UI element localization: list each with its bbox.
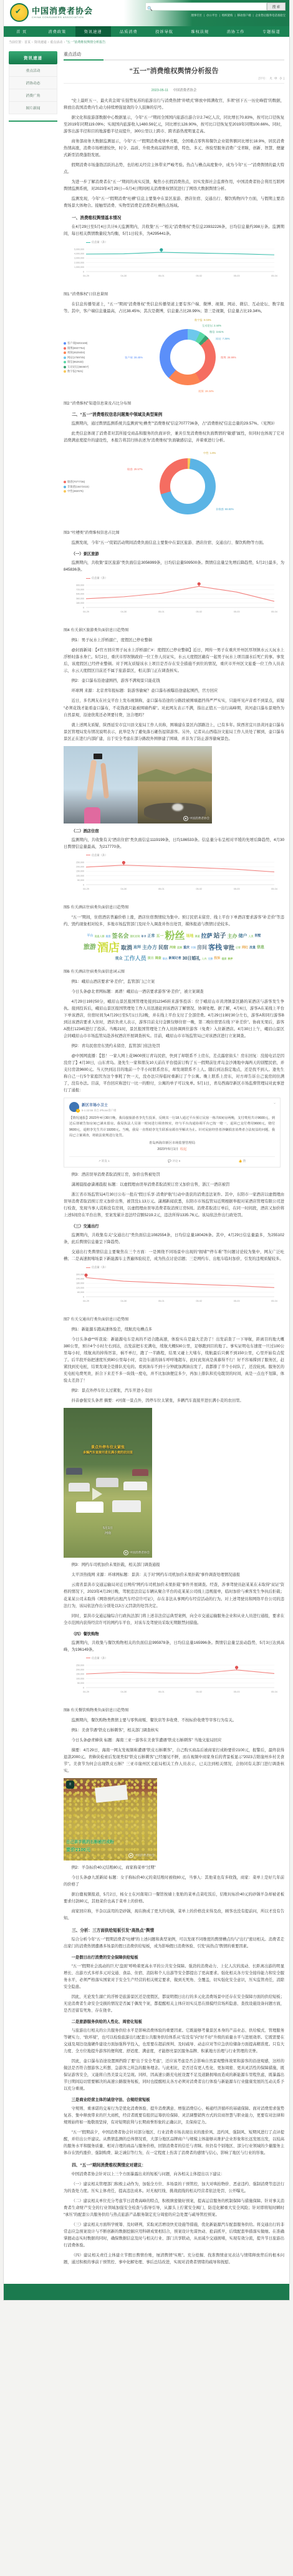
figure-caption: 图3 “吐槽类”消费维权信息占比图 [64, 529, 284, 535]
search-icon: 🔍 [147, 6, 153, 11]
paragraph: 守规则、重承诺的交易行为是优化消费体验、提升消费满意、增强消费信心、畅通经济循环… [64, 2105, 284, 2126]
chevron-down-icon[interactable]: ⌄ [273, 1101, 276, 1105]
svg-text:0: 0 [83, 1686, 84, 1689]
word-cloud-term: 酒店 [97, 942, 120, 954]
play-icon[interactable] [92, 1488, 102, 1500]
cca-logo-icon [10, 3, 29, 22]
donut-legend: 敏感(7077736)非敏感(16472415)中性(382075) [64, 479, 121, 494]
legend-swatch-icon [86, 578, 90, 579]
donut-callout-label: 互动论坛: 2.44% [202, 324, 221, 328]
breadcrumb: 当前位置：首页›资讯速递›重点活动›“五一”消费维权舆情分析报告 [4, 37, 289, 47]
donut-callout-label: 客户端: 38.45% [125, 356, 143, 360]
paragraph: @中国网直播：【怒！一家人网上花9600预订青岛民宿，快到了却联系不上房东，差点… [64, 1053, 284, 1094]
paragraph: 据文化和旅游部数据中心数据显示，今年“五一”期间全国国内旅游出游合计2.74亿人… [64, 114, 284, 135]
nav-item[interactable]: 资讯速递 [75, 26, 111, 37]
figure-caption: 图2 “消费维权”渠道信息量及占比分布图 [64, 400, 284, 406]
figure-caption: 图6 有关酒店住宿类负面信息词云图 [64, 968, 284, 974]
paragraph: 此类信息体现了消费者对其所接受商品和服务的负面评价，兼具引发消费维权负面舆情的“… [64, 430, 284, 444]
paragraph: 中国消费者协会针对以上三个方面暴露出来的短板与问题，向各相关主体提出以下建议： [64, 2171, 284, 2178]
word-cloud-term: 酒托初现 [130, 935, 140, 938]
word-cloud-term: 高层 [105, 935, 110, 938]
legend-label: 中性(382075) [67, 489, 84, 493]
legend-item: 微博(6937764) [64, 347, 121, 350]
page-container: 中国消费者协会 CHINA CONSUMERS ASSOCIATION 🔍 搜 … [3, 0, 290, 2301]
photo-overlay-text: 自己亲手挑的石斛被打成粉 [66, 1839, 114, 1844]
site-title: 中国消费者协会 [32, 7, 93, 16]
header-link[interactable]: 理事专区 [191, 14, 202, 17]
donut-callout-label: 敏感: 29.57% [127, 468, 143, 471]
word-cloud-term: 客栈 [208, 945, 222, 952]
paragraph: 为进一步了解消费者在“五一”期间的真实反馈，聚焦小长假消费热点，切实发挥社会监督… [64, 179, 284, 192]
font-size-control: [字号： 大 中 小 ] [64, 77, 284, 81]
svg-text:0: 0 [83, 607, 84, 609]
word-cloud-term: 流量 [249, 946, 256, 950]
photo-shape [94, 754, 102, 759]
article: “五一”消费维权舆情分析报告 [字号： 大 中 小 ] 2023-05-11 中… [64, 66, 284, 2266]
donut-canvas: 数字报: 0.03%互动论坛: 2.44%微信: 3.61%网站: 7.39%微… [121, 318, 255, 396]
section-title: 重点活动 [64, 51, 284, 59]
word-cloud-term: 大妈 [191, 946, 196, 949]
donut-callout-label: 非敏感: 68.83% [216, 508, 234, 511]
main-nav: 首 页消费政策资讯速递品质消费投诉导航维权法规消协工作专题报道 [4, 26, 289, 37]
svg-text:05-04: 05-04 [271, 1691, 277, 1693]
paragraph: “五一”期间，住宿酒店普遍价格上涨，酒店住宿舆情较为集中。预订民宿未留房、线上平… [64, 914, 284, 928]
word-cloud: 平台追星人群高层签名会酒托初现年卡正常五一粉丝场地渠道拉萨站子主办储户人员别墅旅… [80, 932, 267, 965]
svg-text:240,000: 240,000 [76, 1278, 84, 1281]
news-photo-shihu: 青自己亲手挑的石斛被打成粉要价2100元◉中国消费者协会 [64, 1778, 157, 1861]
weibo-avatar [69, 1102, 79, 1112]
svg-text:180,000: 180,000 [76, 602, 84, 604]
weibo-signature: 青岛西海岸新区市场监督管理局2023年5月1日收起 [69, 1141, 275, 1153]
word-cloud-term: 粉丝 [165, 932, 185, 942]
svg-text:2,000,000: 2,000,000 [74, 262, 84, 264]
svg-text:05-02: 05-02 [196, 1691, 202, 1693]
sidebar-item[interactable]: 消协动态 [9, 77, 57, 89]
line-chart: 信息量（条）900,000720,000540,000360,000180,00… [64, 576, 284, 624]
header-link[interactable]: 组织架构 [222, 14, 233, 17]
paragraph: 监测期内，共收集有关“酒店住宿”类负面信息1119199条，日均186533条。… [64, 837, 284, 850]
legend-dot-icon [64, 486, 66, 488]
legend-swatch-icon [86, 1658, 90, 1659]
word-cloud-term: 观众 [115, 957, 123, 961]
word-cloud-term: 健康 [221, 958, 226, 960]
word-cloud-term: 河南 [170, 946, 176, 950]
paragraph: 近日，多名网友在社交平台上发布视频称，壶口瀑布沿途的分路段被围墙遮挡得严严实实，… [64, 697, 284, 718]
nav-item[interactable]: 投诉导航 [146, 26, 182, 37]
divider [64, 83, 284, 84]
svg-text:05-03: 05-03 [234, 275, 240, 277]
paragraph: （二）建议相关单位充分考虑节日消费高峰的特点，积极缜密做好预案，提高运营服务的机… [64, 2198, 284, 2218]
paragraph: 因此，无论发生溺亡的浮桥是旅游景区还是度假区，都说明假日出行的多元化消费场景中还… [64, 1993, 284, 2014]
line-chart-canvas: 5,000,0004,000,0003,000,0002,000,0001,00… [64, 244, 281, 285]
site-subtitle: CHINA CONSUMERS ASSOCIATION [32, 16, 93, 19]
svg-text:04-30: 04-30 [121, 1300, 127, 1302]
word-cloud-term: 网红 [242, 946, 248, 950]
sidebar-item[interactable]: 重点活动 [9, 64, 57, 77]
svg-text:05-04: 05-04 [271, 275, 277, 277]
svg-text:05-03: 05-03 [234, 1300, 240, 1302]
paragraph: （一）建议相关管理部门积极主动作为，加强全方位、多场景的干预管控，加大对哄抬物价… [64, 2181, 284, 2195]
nav-item[interactable]: 维权法规 [182, 26, 218, 37]
donut-callout-label: 数字报: 0.03% [195, 318, 211, 322]
donut-chart: 客户端(9202169)微博(6937764)视频(4629404)网站(176… [64, 318, 284, 396]
site-footer [4, 2284, 289, 2300]
paragraph: 例2：青岛民宿房东毁约未留房，监管部门依法处罚 [64, 1043, 284, 1050]
svg-text:05-02: 05-02 [196, 1300, 202, 1302]
svg-text:0: 0 [83, 1296, 84, 1299]
svg-text:0: 0 [83, 883, 84, 886]
nav-item[interactable]: 品质消费 [111, 26, 146, 37]
paragraph: 交通出行类舆情信息主要聚焦在三个方面：一是围绕不同场景中出现的“拥堵”“停车难”… [64, 1249, 284, 1262]
sidebar-item[interactable]: 消费广角 [9, 89, 57, 102]
breadcrumb-current: “五一”消费维权舆情分析报告 [66, 41, 105, 44]
svg-text:150,000: 150,000 [76, 1673, 84, 1675]
font-size-small[interactable]: 小 [279, 77, 282, 80]
cca-watermark-icon: ◉ [123, 1550, 128, 1555]
breadcrumb-separator: › [32, 41, 33, 44]
paragraph: 同时，景洪市交通运输综合行政执法部门将上述非法营运典型案例，向全市交通运输服务企… [64, 1613, 284, 1626]
legend-label: 客户端(9202169) [67, 342, 87, 345]
paragraph: 例3：酒店误导消费者取消预订房，加价出售被处罚 [64, 1171, 284, 1178]
weibo-action-转发[interactable]: ↗ 转发 1 [98, 1159, 110, 1163]
donut-callout-label: 视频: 19.34% [198, 390, 214, 393]
paragraph: 就上述网友质疑，陕西延安市宜川县文旅局工作人员称，围墙建在景区内部路边上，已有多… [64, 722, 284, 742]
word-cloud-term: 主办 [228, 934, 238, 939]
svg-text:04-29: 04-29 [83, 275, 89, 277]
sub-heading: （一）景区旅游 [64, 551, 284, 556]
legend-dot-icon [64, 347, 66, 350]
word-cloud-term: 30日婚礼 [183, 956, 201, 961]
paragraph: 例1：新能源车跑高速体验差，续航充电槽点多 [64, 1326, 284, 1333]
sub-heading: （三）交通出行 [64, 1223, 284, 1229]
svg-text:120,000: 120,000 [76, 1287, 84, 1289]
sub-heading: 一是假日出行消费的安全保障供给短板 [64, 1954, 284, 1960]
figure-caption: 图5 有关酒店住宿类负面信息日趋势图 [64, 904, 284, 910]
photo-shape [86, 760, 97, 800]
figure-caption: 图1 “消费维权”日信息量图 [64, 291, 284, 297]
breadcrumb-prefix: 当前位置： [9, 41, 24, 44]
legend-label: 微博(6937764) [67, 347, 85, 350]
font-size-label: [字号： [259, 77, 268, 80]
donut-canvas: 中性: 1.6%非敏感: 68.83%敏感: 29.57% [121, 448, 255, 526]
paragraph: 太平洋热线网 来源：环球网标题：景洪：关于对“网约车司机加价未果拒载”事件调查处… [64, 1571, 284, 1578]
paragraph: 监测发现，今年“五一”促销活动期间消费负面信息主要集中在景区旅游、酒店住宿、交通… [64, 539, 284, 546]
donut-callout-label: 中性: 1.6% [203, 451, 216, 455]
legend-dot-icon [64, 366, 66, 368]
word-cloud-term: 场地 [186, 935, 194, 938]
legend-label: 微信(862633) [67, 360, 84, 364]
paragraph: 今日头条@北青网标题：离谱！峨眉山一酒店要求游客“补差价”，被立案调查 [64, 988, 284, 995]
weibo-action-赞[interactable]: 👍 赞 [239, 1159, 246, 1163]
photo-shape [172, 804, 183, 811]
legend-dot-icon [64, 351, 66, 354]
news-photo-wheatfield[interactable]: 景点外停车位太紧张多辆汽车直接开进长满小麦的农田里5月1日河南◉中国消费者协会 [64, 1408, 152, 1558]
line-chart-canvas: 250,000200,000150,000100,00050,000004-29… [64, 857, 281, 898]
word-cloud-term: 渠道 [195, 935, 200, 938]
svg-text:300,000: 300,000 [76, 1274, 84, 1276]
paragraph: 云南省景洪市交通运输局对近日网传“网约车司机加价未果拒载”事件开展调查。经查，涉… [64, 1581, 284, 1609]
paragraph: 潇湘晨报@潇湘晨报 标题：以虚假理由误导消费者取消预订房又加价出售，浙江一酒店被… [64, 1181, 284, 1188]
sub-heading: （四）餐饮购物 [64, 1631, 284, 1636]
svg-text:720,000: 720,000 [76, 589, 84, 591]
article-body: “史上最旺五一、最火黄金周”在强势复苏的旅游出行与消费热情“井喷式”释放中圆满收… [64, 97, 284, 2266]
breadcrumb-separator: › [48, 41, 49, 44]
svg-text:250,000: 250,000 [76, 1664, 84, 1666]
breadcrumb-link[interactable]: 首页 [24, 41, 31, 44]
legend-item: 微信(862633) [64, 360, 121, 364]
cca-watermark-icon: ◉ [183, 816, 188, 821]
paragraph: 4月29日19时50分，峨眉山景区报国管理处接到12345转来游客投诉：位于峨眉… [64, 998, 284, 1040]
nav-item[interactable]: 消费政策 [39, 26, 75, 37]
paragraph: 抖音@强安头条君 摘要：#河南一景点外，因停车位太紧张，多辆汽车直接开进长满小麦… [64, 1397, 284, 1404]
svg-text:50,000: 50,000 [77, 879, 84, 882]
search-input[interactable] [145, 2, 267, 11]
svg-text:200,000: 200,000 [76, 865, 84, 868]
word-cloud-term: 蓝潮 [177, 946, 182, 949]
header-link[interactable]: 移动客户端 [238, 14, 251, 17]
header-link-separator: | [234, 14, 235, 17]
word-cloud-term: 调查 [155, 957, 161, 960]
weibo-header: 新区市场小卫士5-1 22:55 来自 iPhone客户端 [69, 1102, 275, 1113]
word-cloud-term: 秩序 [228, 958, 233, 960]
svg-text:150,000: 150,000 [76, 870, 84, 872]
svg-text:05-03: 05-03 [234, 888, 240, 890]
content-column: 重点活动 “五一”消费维权舆情分析报告 [字号： 大 中 小 ] 2023-05… [64, 51, 284, 2269]
word-cloud-term: 工作人员 [124, 956, 146, 961]
watermark: ◉中国消费者协会 [128, 1853, 155, 1858]
sidebar: 资讯速递 重点活动消协动态消费广角图片新闻 [9, 51, 57, 2269]
word-cloud-term: 迪拜 [133, 946, 141, 950]
paragraph: “五一”假期社会流动的巨大“盘面”呼唤着更高水平的公共安全保障。强劲的消费动力、… [64, 1963, 284, 1990]
paragraph: 假期消费市场蓬勃活跃的态势，也给相关经营主体带来严峻考验。热点与槽点高度集中，成… [64, 162, 284, 175]
article-meta: 2023-05-11 中国消费者协会 [64, 87, 284, 92]
video-overlay-text: 景点外停车位太紧张多辆汽车直接开进长满小麦的农田里 [64, 1445, 152, 1456]
word-cloud-term: 别墅 [255, 935, 261, 938]
word-cloud-term: 入内 [201, 958, 206, 960]
word-cloud-term: 取消 [121, 945, 132, 951]
legend-swatch-icon [86, 1267, 90, 1269]
site-header: 中国消费者协会 CHINA CONSUMERS ASSOCIATION 🔍 搜 … [4, 0, 289, 26]
line-chart-canvas: 900,000720,000540,000360,000180,000004-2… [64, 580, 281, 621]
line-chart: 信息量（条）250,000200,000150,000100,00050,000… [64, 853, 284, 902]
breadcrumb-link[interactable]: 重点活动 [50, 41, 62, 44]
word-cloud-term: 审批 [223, 945, 234, 951]
svg-text:4,000,000: 4,000,000 [74, 253, 84, 255]
search-bar: 🔍 搜 索 [145, 2, 286, 11]
svg-text:360,000: 360,000 [76, 597, 84, 600]
word-cloud-term: 主办方 [142, 945, 157, 950]
nav-item[interactable]: 消协工作 [218, 26, 254, 37]
word-cloud-term: 举办 [163, 958, 168, 960]
search-button[interactable]: 搜 索 [267, 2, 286, 11]
car-shape [66, 1468, 82, 1475]
svg-text:180,000: 180,000 [76, 1282, 84, 1285]
svg-text:900,000: 900,000 [76, 584, 84, 587]
legend-item: 网站(1769745) [64, 356, 121, 360]
header-links: 理事专区|办公平台|组织架构|移动客户端|企业售后服务电话查验宝 [145, 14, 286, 17]
legend-dot-icon [64, 370, 66, 373]
nav-item[interactable]: 专题报道 [254, 26, 289, 37]
paragraph: 今日头条@青蜂侠 标题：海南三亚一游客在美食节遭遇“铁皮石斛刺客” 当地文旅局回… [64, 1737, 284, 1744]
svg-text:05-04: 05-04 [271, 888, 277, 890]
svg-text:540,000: 540,000 [76, 593, 84, 596]
svg-text:04-29: 04-29 [83, 1300, 89, 1302]
font-size-medium[interactable]: 中 [274, 77, 277, 80]
weibo-fold-link[interactable]: 收起 [180, 1148, 187, 1151]
paragraph: 商务部商务大数据监测显示，今年“五一”假期消费成绩单亮眼，全国重点零售和餐饮企业… [64, 138, 284, 159]
watermark-label: 中国消费者协会 [135, 1854, 155, 1857]
weibo-body-text: 【情况通报】2023年4月30日晚，我局接旅游者李先生投诉，反映其一行18人通过… [69, 1116, 275, 1139]
paragraph: 在信息传播渠道上，“五一”期间“消费维权”类信息传播渠道主要有客户端、微博、视频… [64, 301, 284, 315]
paragraph: 与旅游出行相关的公共服务供给水平是影响消费体验的重要因素。它既能够考量景区本身的… [64, 2027, 284, 2055]
car-shape [76, 1502, 103, 1513]
svg-text:04-29: 04-29 [83, 611, 89, 613]
figure-caption: 图8 有关餐饮购物类负面信息日趋势图 [64, 1707, 284, 1713]
svg-text:04-29: 04-29 [83, 888, 89, 890]
photo-left-tourist [64, 746, 138, 823]
line-chart-canvas: 300,000240,000180,000120,00060,000004-29… [64, 1269, 281, 1310]
header-link-separator: | [253, 14, 254, 17]
paragraph: 综合分析今年“五一”假期消费者“吐槽”的上述问题和典型案例，可以发现不同维度的舆… [64, 1936, 284, 1950]
sidebar-item[interactable]: 图片新闻 [9, 102, 57, 114]
donut-callout-label: 微信: 3.61% [209, 330, 224, 334]
svg-text:05-02: 05-02 [196, 275, 202, 277]
legend-dot-icon [64, 490, 66, 493]
svg-text:200,000: 200,000 [76, 1668, 84, 1671]
section-heading: 二、“五一”消费维权信息问题集中领域及典型案例 [64, 411, 284, 417]
sub-heading: （二）酒店住宿 [64, 828, 284, 833]
legend-item: 客户端(9202169) [64, 342, 121, 345]
svg-text:05-03: 05-03 [234, 611, 240, 613]
line-chart: 信息量（条）250,000200,000150,000100,00050,000… [64, 1656, 284, 1704]
figure-caption: 图7 有关交通出行类负面信息日趋势图 [64, 1316, 284, 1322]
svg-text:04-30: 04-30 [121, 275, 127, 277]
car-shape [123, 1482, 147, 1490]
svg-text:0: 0 [83, 271, 84, 273]
paragraph: 例2：景点外停车位太过紧张，汽车开进小麦田 [64, 1387, 284, 1394]
photo-overlay-price: 要价2100元 [66, 1846, 90, 1853]
word-cloud-term: 正常 [147, 935, 155, 938]
paragraph: 商家回应称，羊杂以前用的是砂锅，现在换成了更大的电锅，菜单上的价格没来得及改，顾… [64, 1908, 284, 1922]
legend-dot-icon [64, 361, 66, 363]
paragraph: 在4月29日至5月4日共计6天监测期内，共收集“五一”相关“消费维权”类信息23… [64, 224, 284, 237]
font-size-large[interactable]: 大 [269, 77, 272, 80]
svg-text:04-30: 04-30 [121, 888, 127, 890]
publish-date: 2023-05-11 [151, 89, 168, 92]
svg-text:1,000,000: 1,000,000 [74, 266, 84, 268]
article-title: “五一”消费维权舆情分析报告 [64, 66, 284, 76]
header-link-separator: | [204, 14, 204, 17]
word-cloud-term: 拉萨 [201, 933, 213, 939]
section-underline [64, 59, 284, 61]
line-chart: 信息量（条）5,000,0004,000,0003,000,0002,000,0… [64, 240, 284, 288]
paragraph: 环球网 来源：北京青年报标题：防游客偷窥？壶口瀑布被曝沿途建起围挡，官方回应 [64, 687, 284, 694]
paragraph: 例1：峨眉山酒店要求“补差价”，监管部门已立案 [64, 978, 284, 985]
word-cloud-term: 旅游 [84, 945, 96, 951]
svg-text:250,000: 250,000 [76, 861, 84, 863]
legend-item: 敏感(7077736) [64, 480, 121, 484]
line-chart: 信息量（条）300,000240,000180,000120,00060,000… [64, 1266, 284, 1314]
donut-callout-label: 微博: 28.99% [221, 356, 236, 360]
car-shape [69, 1483, 90, 1492]
donut-ring [160, 329, 216, 385]
line-chart-canvas: 250,000200,000150,000100,00050,000004-29… [64, 1660, 281, 1701]
paragraph: @封面新闻：【#官方回应男子玩水上浮桥溺亡#：度假区已停业整顿】近日，网传一男子… [64, 647, 284, 674]
paragraph: 例2：羊杂标价40元结账80元，商家称菜单“过期” [64, 1864, 284, 1871]
breadcrumb-link[interactable]: 资讯速递 [34, 41, 47, 44]
paragraph: 例1：美食节遇“铁皮石斛刺客”，相关部门调查核实 [64, 1727, 284, 1734]
paragraph: 今日头条@**听我说：新能源电车是真的不适合跑高速，体验实在是最大差劲了！出发前… [64, 1336, 284, 1384]
site-brand[interactable]: 中国消费者协会 CHINA CONSUMERS ASSOCIATION [10, 3, 93, 22]
legend-item: 互动论坛(584607) [64, 365, 121, 369]
cca-watermark-icon: ◉ [128, 1853, 133, 1858]
svg-text:04-30: 04-30 [121, 611, 127, 613]
watermark-label: 中国消费者协会 [130, 1551, 150, 1555]
svg-text:60,000: 60,000 [77, 1291, 84, 1294]
legend-swatch-icon [86, 242, 90, 243]
paragraph: 据白鹿视频报道，5月2日，杨女士在河南周口一餐馆按墙上张贴的菜单点菜吃饭后，结账… [64, 1891, 284, 1905]
weibo-action-评论[interactable]: 💬 评论 6 [168, 1159, 180, 1163]
legend-dot-icon [64, 342, 66, 345]
weibo-action-bar: ↗ 转发 1💬 评论 6👍 赞 [69, 1156, 275, 1163]
video-date-overlay: 5月1日河南 [64, 1526, 152, 1536]
legend-label: 视频(4629404) [67, 351, 85, 355]
paragraph: 浙江省市场监管局4月30日公布一批在“假日乐享·消费护航”行动中查获的消费违法案… [64, 1191, 284, 1219]
legend-label: 敏感(7077736) [67, 480, 85, 484]
weibo-timestamp: 5-1 22:55 来自 iPhone客户端 [82, 1109, 116, 1113]
qingfengxia-logo-icon: 青 [66, 1781, 74, 1789]
sidebar-header[interactable]: 资讯速递 [9, 51, 57, 64]
nav-item[interactable]: 首 页 [4, 26, 39, 37]
svg-text:50,000: 50,000 [77, 1682, 84, 1684]
donut-chart: 敏感(7077736)非敏感(16472415)中性(382075)中性: 1.… [64, 448, 284, 526]
news-photo-hukou: ◉中国消费者协会 [64, 746, 212, 823]
paragraph: 例2：壶口瀑布沿途建围挡，游客不满观景只能花钱 [64, 677, 284, 684]
sub-heading: 三是商业经营主体的诚信守法、合规经营短板 [64, 2097, 284, 2102]
header-link[interactable]: 办公平台 [206, 14, 218, 17]
paragraph: 监测期内，共收集有关“交通出行”类负面信息1082554条，日均信息量18042… [64, 1232, 284, 1246]
paragraph: “史上最旺五一、最火黄金周”在强势复苏的旅游出行与消费热情“井喷式”释放中圆满收… [64, 97, 284, 111]
legend-dot-icon [64, 356, 66, 359]
word-cloud-term: 储户 [239, 934, 247, 938]
word-cloud-term: 年卡 [141, 935, 146, 938]
paragraph: （三）建议相关方面科学统筹、及时研判，采取灵活增设快充设施等措施，优化新能源汽车… [64, 2221, 284, 2249]
photo-shape [100, 763, 109, 799]
watermark: ◉中国消费者协会 [123, 1550, 150, 1555]
svg-text:05-04: 05-04 [271, 611, 277, 613]
svg-text:05-02: 05-02 [196, 611, 202, 613]
word-cloud-term: 签名会 [112, 933, 128, 939]
legend-label: 网站(1769745) [67, 356, 85, 360]
svg-text:05-01: 05-01 [158, 275, 165, 277]
weibo-screenshot: ⌄新区市场小卫士5-1 22:55 来自 iPhone客户端【情况通报】2023… [64, 1098, 281, 1168]
paragraph: 监测期内，餐饮购物类舆情主要与零售商贩、餐饮店等多收费、不按标价收费等宰客行为有… [64, 1717, 284, 1724]
word-cloud-term: 民宿 [158, 945, 168, 950]
section-heading: 四、“五一”期间消费维权舆情应对建议： [64, 2161, 284, 2168]
figure-caption: 图4 有关景区旅游类负面信息日趋势图 [64, 627, 284, 632]
legend-label: 数字报(7521) [67, 370, 83, 373]
car-shape [112, 1500, 141, 1512]
word-cloud-term: 人员 [249, 935, 254, 938]
header-link[interactable]: 企业售后服务电话查验宝 [256, 14, 286, 17]
photo-right-canyon [138, 746, 212, 823]
paragraph: 监测期内，通过舆情监测系统共监测到“吐槽类”“消费维权”信息7077736条，占… [64, 420, 284, 427]
paragraph: 因此，壶口瀑布沿途设置围挡除了要“出于安全考虑”，还应该考虑是否会影响自然景观整… [64, 2058, 284, 2092]
svg-text:3,000,000: 3,000,000 [74, 257, 84, 260]
svg-text:05-01: 05-01 [158, 611, 165, 613]
legend-swatch-icon [86, 855, 90, 856]
section-heading: 三、分析：三方面供给短板引发“高热点”舆情 [64, 1927, 284, 1933]
